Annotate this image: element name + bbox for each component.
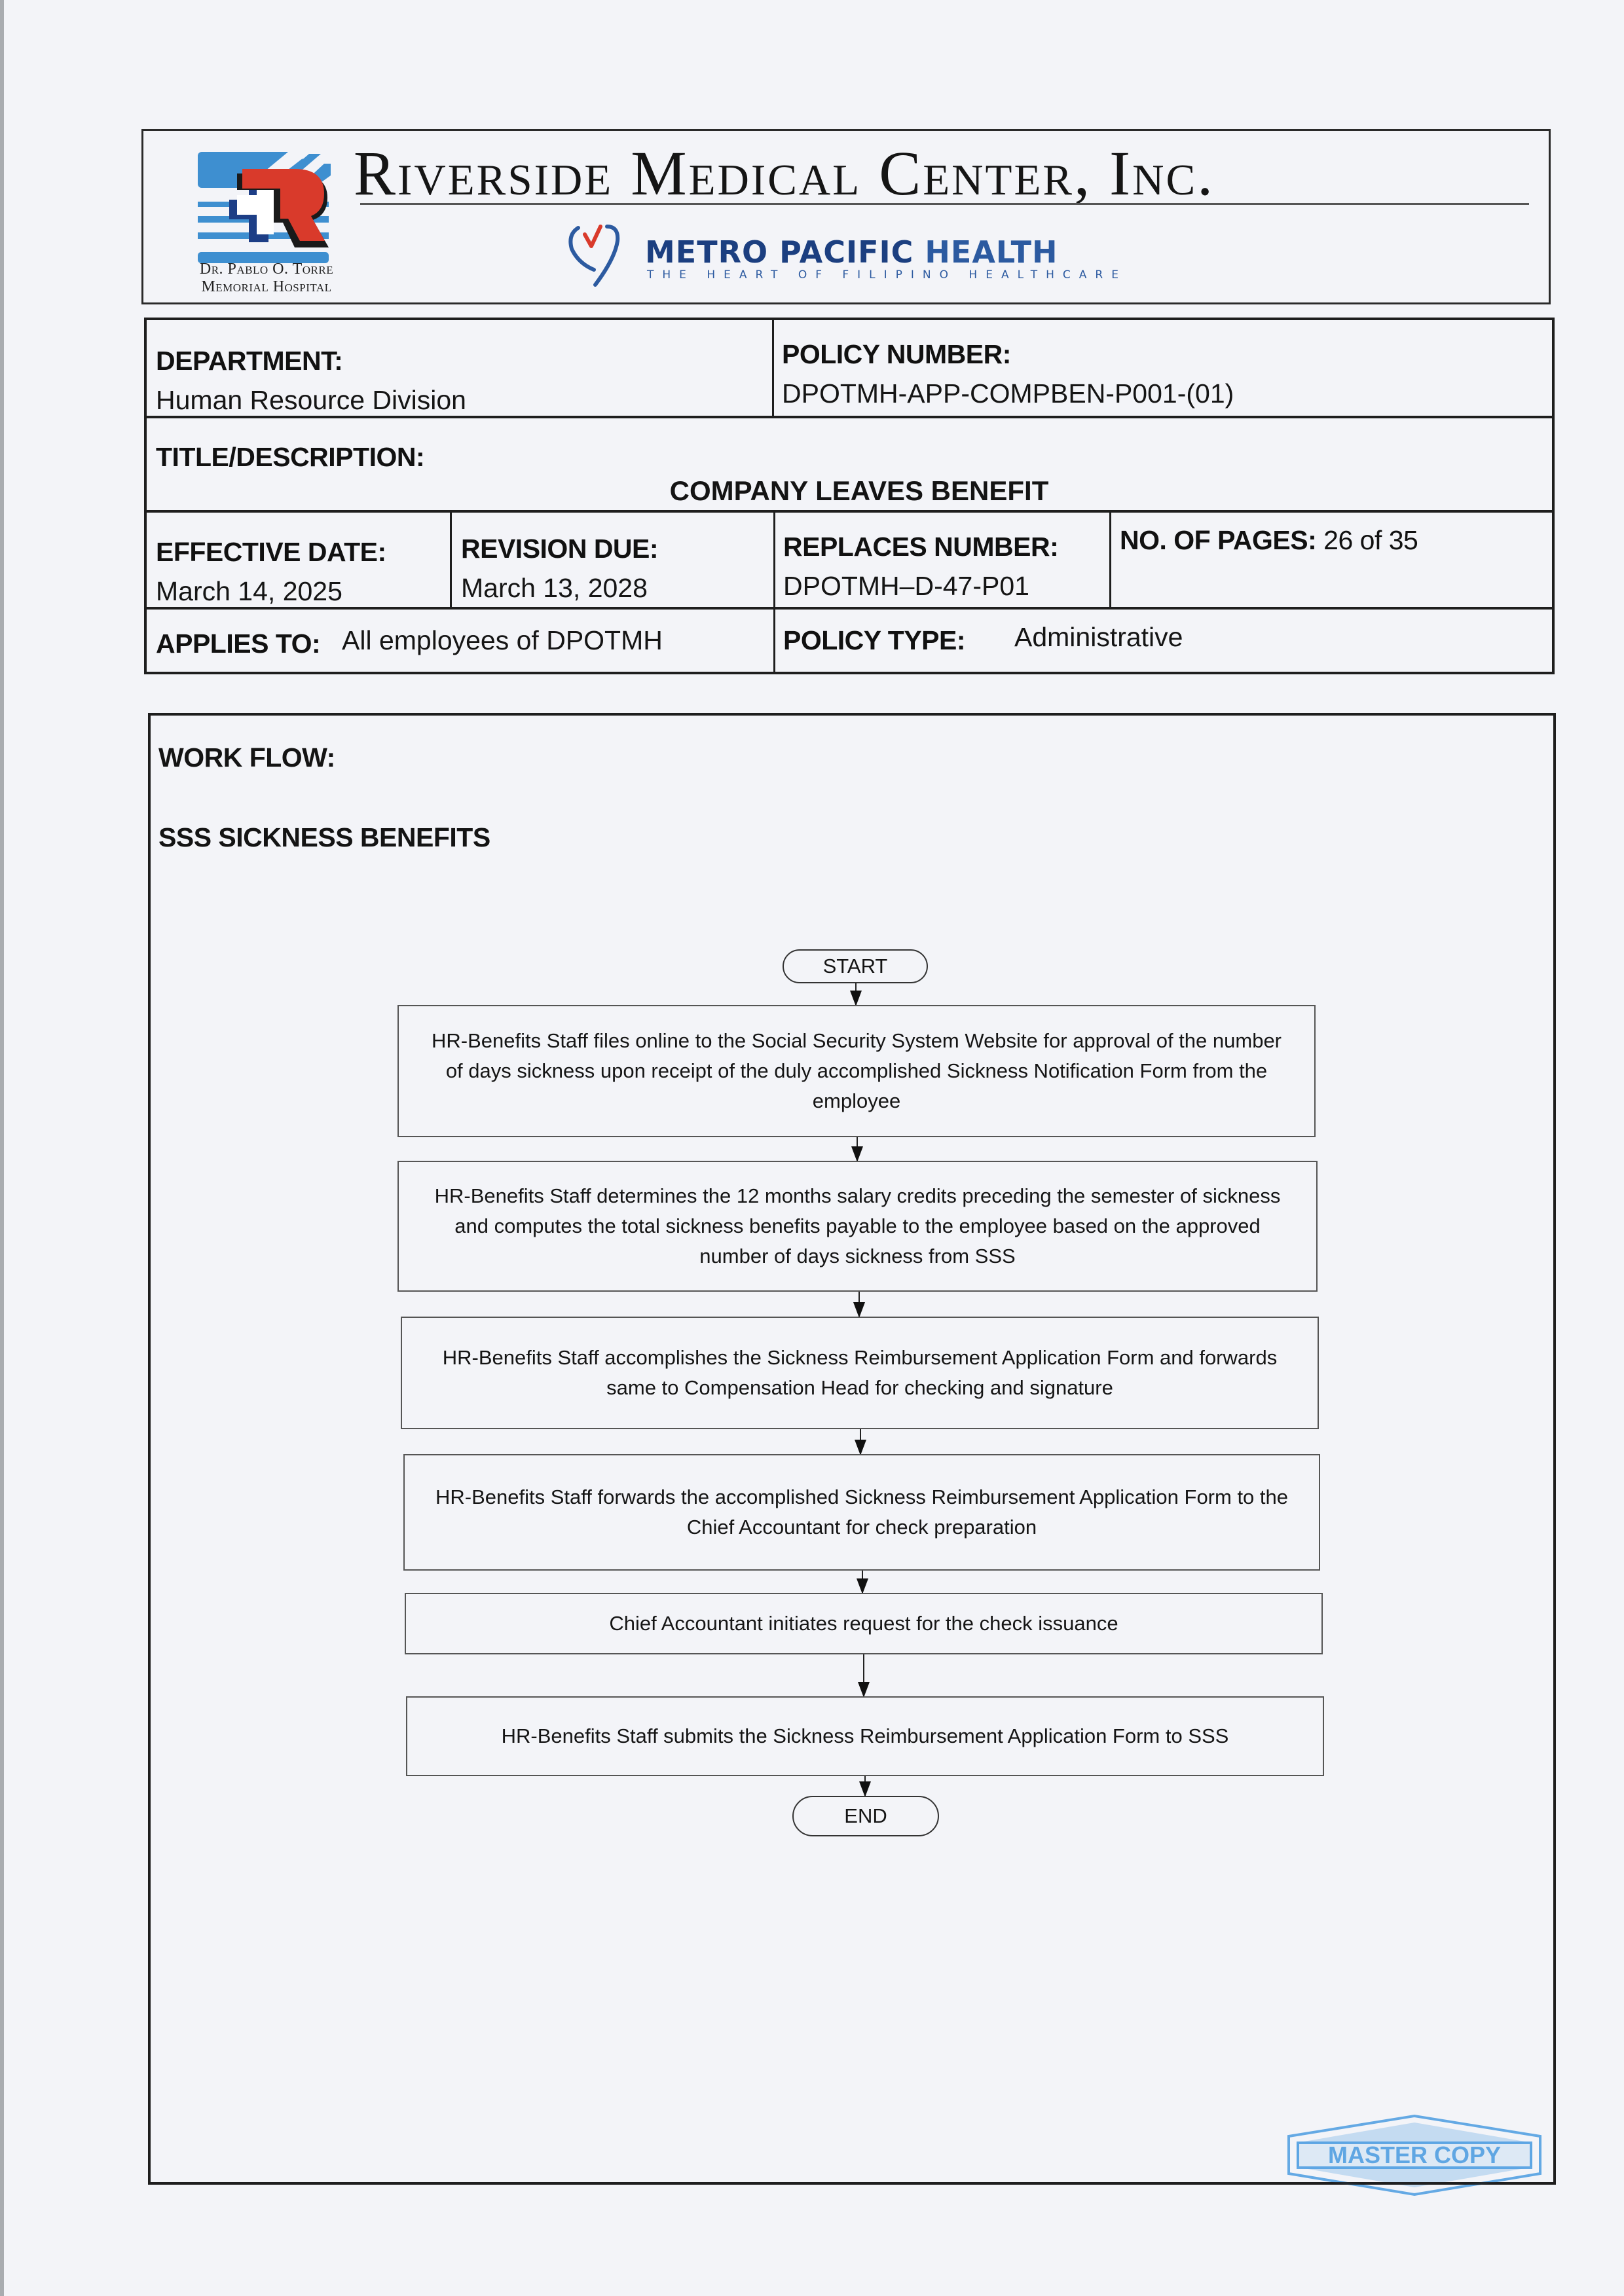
department-label: DEPARTMENT:: [156, 345, 342, 376]
replaces-number-value: DPOTMH–D-47-P01: [783, 570, 1029, 602]
policy-info-table: DEPARTMENT: Human Resource Division POLI…: [144, 318, 1555, 674]
flow-step-3: HR-Benefits Staff accomplishes the Sickn…: [401, 1317, 1319, 1429]
workflow-section: WORK FLOW: SSS SICKNESS BENEFITS: [148, 713, 1556, 2185]
revision-due-label: REVISION DUE:: [461, 533, 658, 564]
revision-due-value: March 13, 2028: [461, 572, 648, 604]
workflow-bottom-border: [1283, 2182, 1556, 2185]
arrow-icon: [855, 983, 857, 1005]
stamp-text: MASTER COPY: [1328, 2141, 1501, 2168]
flow-step-6: HR-Benefits Staff submits the Sickness R…: [406, 1696, 1324, 1776]
effective-date-label: EFFECTIVE DATE:: [156, 536, 386, 568]
pages-label-text: NO. OF PAGES:: [1120, 525, 1316, 555]
col-divider: [772, 320, 774, 416]
workflow-heading: WORK FLOW:: [158, 742, 335, 773]
arrow-icon: [864, 1776, 866, 1796]
partner-name-part1: METRO PACIFIC: [645, 234, 925, 270]
row-divider: [147, 416, 1552, 418]
flow-step-1: HR-Benefits Staff files online to the So…: [397, 1005, 1316, 1137]
title-label: TITLE/DESCRIPTION:: [156, 441, 424, 473]
end-terminal: END: [792, 1796, 939, 1836]
col-divider: [773, 510, 775, 674]
pages-value: 26 of 35: [1323, 525, 1418, 555]
arrow-icon: [857, 1137, 858, 1161]
caption-line-1: Dr. Pablo O. Torre: [172, 261, 361, 278]
policy-type-label: POLICY TYPE:: [783, 625, 965, 656]
col-divider: [450, 510, 452, 607]
department-value: Human Resource Division: [156, 384, 466, 416]
partner-tagline: THE HEART OF FILIPINO HEALTHCARE: [647, 268, 1127, 282]
col-divider: [1109, 510, 1111, 607]
partner-name-part2: HEALTH: [925, 234, 1058, 270]
hospital-logo-icon: [196, 151, 334, 265]
hospital-name-caption: Dr. Pablo O. Torre Memorial Hospital: [172, 261, 361, 296]
policy-number-label: POLICY NUMBER:: [782, 338, 1011, 370]
company-name: Riverside Medical Center, Inc.: [354, 137, 1539, 210]
policy-number-value: DPOTMH-APP-COMPBEN-P001-(01): [782, 378, 1234, 409]
pages-label: NO. OF PAGES: 26 of 35: [1120, 524, 1418, 556]
flow-step-5: Chief Accountant initiates request for t…: [405, 1593, 1323, 1654]
row-divider: [147, 607, 1552, 610]
arrow-icon: [862, 1571, 863, 1593]
replaces-number-label: REPLACES NUMBER:: [783, 531, 1058, 562]
workflow-subheading: SSS SICKNESS BENEFITS: [158, 822, 490, 853]
scan-edge: [0, 0, 4, 2296]
policy-type-value: Administrative: [1014, 621, 1183, 653]
row-divider: [147, 510, 1552, 513]
applies-to-value: All employees of DPOTMH: [342, 625, 663, 656]
applies-to-label: APPLIES TO:: [156, 628, 320, 659]
start-terminal: START: [783, 949, 928, 983]
arrow-icon: [860, 1429, 861, 1454]
caption-line-2: Memorial Hospital: [172, 278, 361, 296]
master-copy-stamp: MASTER COPY: [1283, 2113, 1545, 2198]
heart-logo-icon: [566, 223, 625, 288]
flow-step-2: HR-Benefits Staff determines the 12 mont…: [397, 1161, 1318, 1292]
header-divider: [360, 203, 1529, 205]
title-value: COMPANY LEAVES BENEFIT: [147, 475, 1552, 507]
arrow-icon: [863, 1654, 864, 1696]
flow-step-4: HR-Benefits Staff forwards the accomplis…: [403, 1454, 1320, 1571]
partner-name: METRO PACIFIC HEALTH: [645, 236, 1058, 268]
arrow-icon: [858, 1292, 860, 1317]
effective-date-value: March 14, 2025: [156, 575, 342, 607]
